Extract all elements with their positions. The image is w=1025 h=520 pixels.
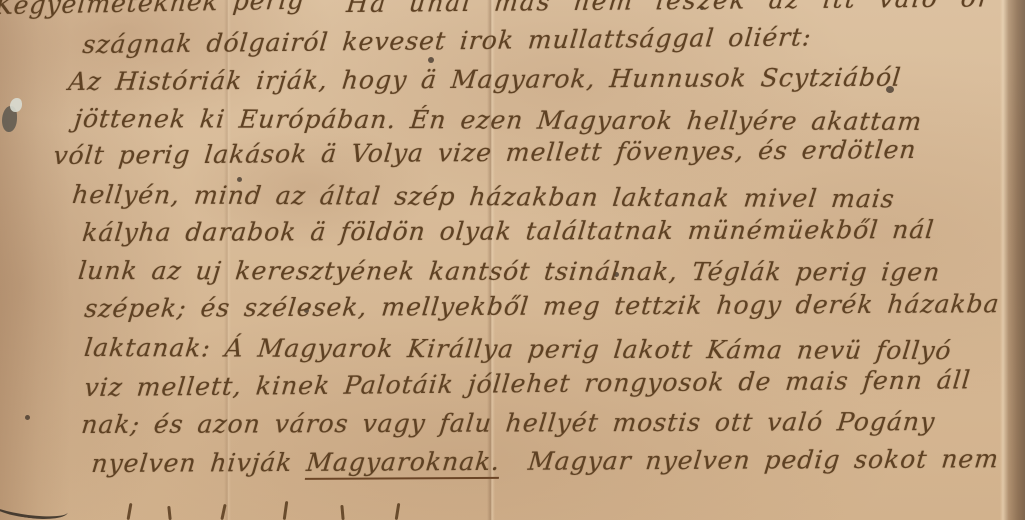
manuscript-line: lunk az uj keresztyének kantsót tsinálna…	[77, 256, 942, 286]
torn-left-edge-shade	[0, 0, 70, 520]
pen-stroke	[283, 501, 289, 520]
manuscript-line: hellyén, mind az által szép házakban lak…	[71, 180, 897, 213]
pen-stroke	[340, 505, 344, 520]
manuscript-line-opening-left: Kegyelmeteknek perig	[0, 0, 306, 20]
underlined-word: Magyaroknak.	[305, 447, 502, 480]
ink-speck	[25, 415, 30, 420]
pen-stroke	[220, 504, 226, 520]
manuscript-line: viz mellett, kinek Palotáik jóllehet ron…	[83, 365, 972, 402]
ink-speck	[428, 57, 434, 63]
closing-line-pre: nyelven hivják	[90, 448, 308, 478]
pen-stroke	[167, 506, 171, 520]
manuscript-line: laktanak: Á Magyarok Királlya perig lako…	[83, 333, 953, 365]
manuscript-line-closing: nyelven hivják Magyaroknak. Magyar nyelv…	[90, 444, 1000, 478]
manuscript-line-opening-right: Ha unal más nem lészek az itt való or	[345, 0, 993, 18]
manuscript-line: jöttenek ki Európában. Én ezen Magyarok …	[73, 104, 924, 136]
pen-stroke	[127, 503, 133, 520]
manuscript-line: szépek; és szélesek, mellyekből meg tett…	[83, 289, 1001, 323]
manuscript-page: Kegyelmeteknek perig Ha unal más nem lés…	[0, 0, 1025, 520]
manuscript-line: kályha darabok ä földön olyak találtatna…	[81, 215, 936, 247]
manuscript-line: nak; és azon város vagy falu hellyét mos…	[80, 407, 937, 439]
manuscript-line: szágnak dólgairól keveset irok mullattsá…	[81, 22, 813, 59]
page-right-edge-shadow	[1000, 0, 1025, 520]
closing-line-post: Magyar nyelven pedig sokot nem	[499, 444, 1001, 476]
manuscript-line: Az Históriák irják, hogy ä Magyarok, Hun…	[67, 63, 903, 96]
manuscript-line: vólt perig lakások ä Volya vize mellett …	[52, 135, 918, 170]
pen-stroke	[395, 503, 401, 520]
